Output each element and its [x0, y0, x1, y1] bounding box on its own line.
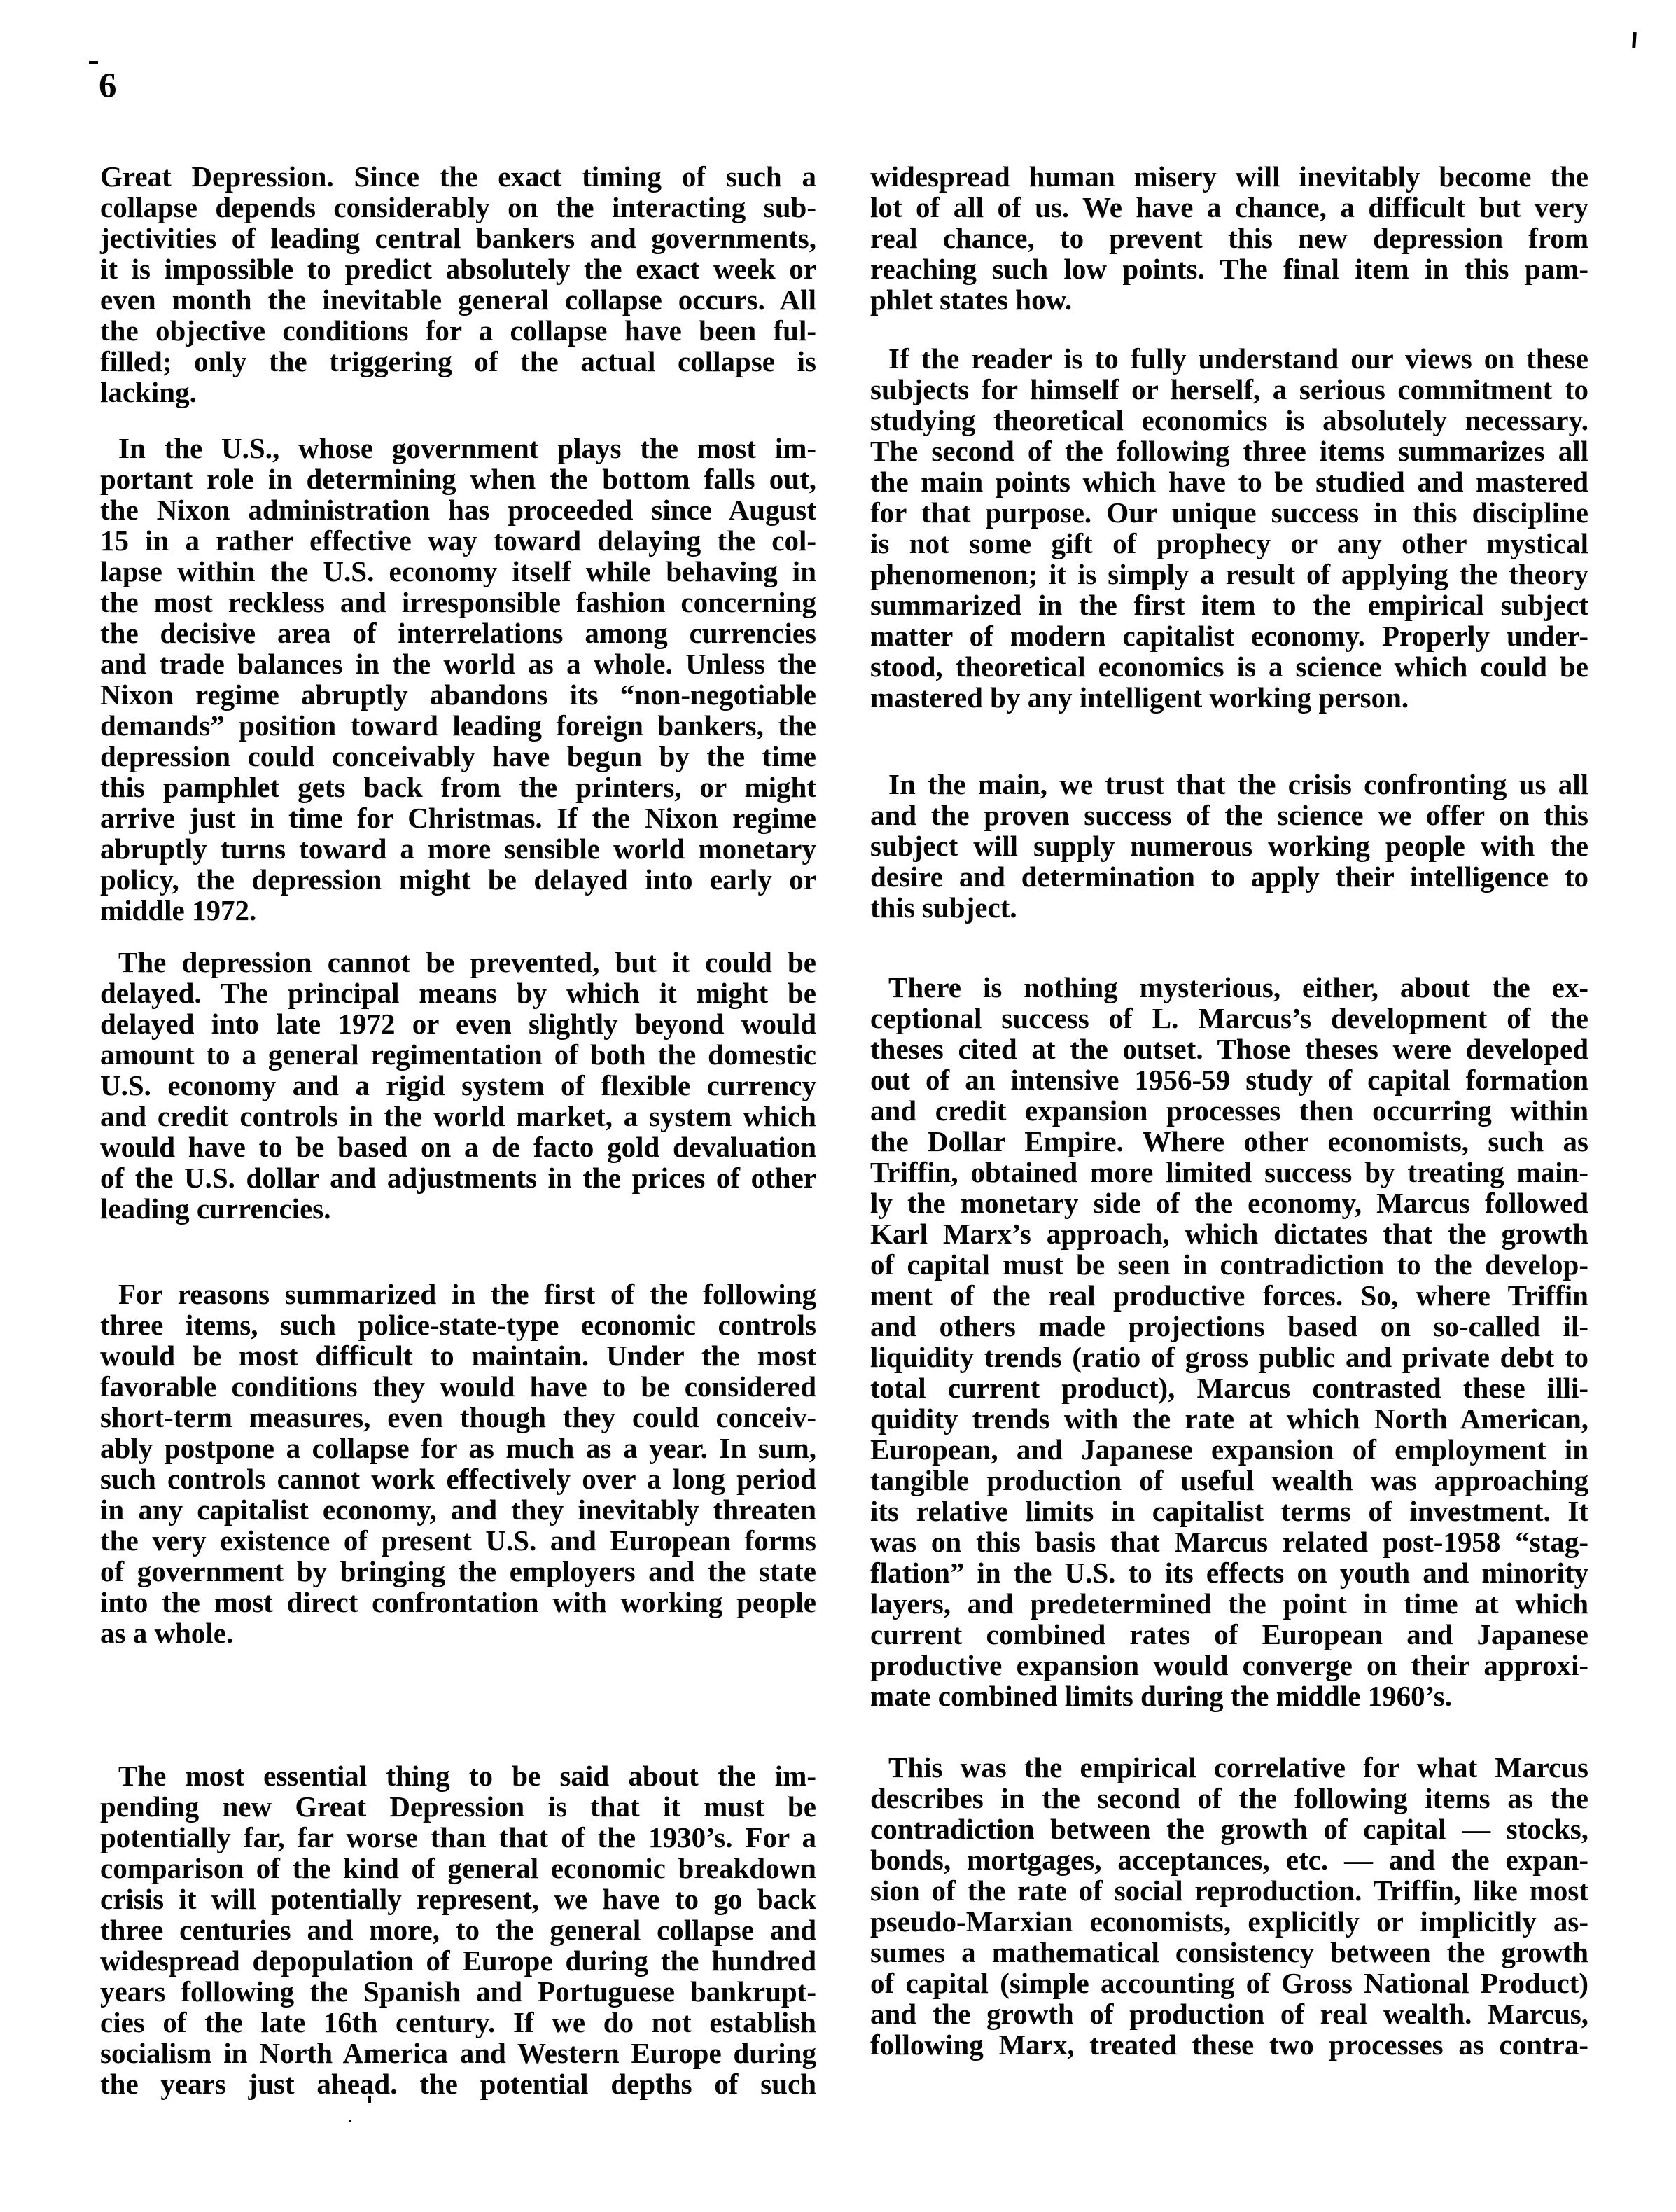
- text-line: amount to a general regimentation of bot…: [100, 1039, 816, 1070]
- text-line: real chance, to prevent this new depress…: [870, 223, 1588, 253]
- text-line: In the main, we trust that the crisis co…: [870, 769, 1588, 800]
- text-line: is not some gift of prophecy or any othe…: [870, 528, 1588, 559]
- text-line: the decisive area of interrelations amon…: [100, 618, 816, 648]
- text-line: phenomenon; it is simply a result of app…: [870, 559, 1588, 590]
- text-line: The second of the following three items …: [870, 436, 1588, 466]
- text-line: 15 in a rather effective way toward dela…: [100, 525, 816, 556]
- text-line: theses cited at the outset. Those theses…: [870, 1034, 1588, 1064]
- text-line: studying theoretical economics is absolu…: [870, 405, 1588, 436]
- text-line: potentially far, far worse than that of …: [100, 1822, 816, 1853]
- paragraph: The most essential thing to be said abou…: [100, 1760, 816, 2099]
- text-line: of the U.S. dollar and adjustments in th…: [100, 1162, 816, 1193]
- text-line: the years just ahead. the potential dept…: [100, 2068, 816, 2099]
- scan-artifact-speck: [349, 2120, 351, 2122]
- text-line: productive expansion would converge on t…: [870, 1650, 1588, 1681]
- text-line: In the U.S., whose government plays the …: [100, 433, 816, 464]
- text-line: pseudo-Marxian economists, explicitly or…: [870, 1906, 1588, 1937]
- paragraph: For reasons summarized in the first of t…: [100, 1279, 816, 1648]
- scan-artifact-dash: [89, 61, 98, 64]
- document-page: 6 Great Depression. Since the exact timi…: [0, 0, 1676, 2212]
- text-line: lacking.: [100, 377, 816, 408]
- paragraph: The depression cannot be prevented, but …: [100, 947, 816, 1224]
- text-line: middle 1972.: [100, 895, 816, 926]
- text-line: There is nothing mysterious, either, abo…: [870, 972, 1588, 1003]
- text-line: total current product), Marcus contraste…: [870, 1372, 1588, 1403]
- text-line: years following the Spanish and Portugue…: [100, 1976, 816, 2007]
- text-line: current combined rates of European and J…: [870, 1619, 1588, 1650]
- text-line: comparison of the kind of general econom…: [100, 1853, 816, 1884]
- text-line: and the proven success of the science we…: [870, 800, 1588, 830]
- text-line: describes in the second of the following…: [870, 1783, 1588, 1814]
- text-line: abruptly turns toward a more sensible wo…: [100, 833, 816, 864]
- text-line: leading currencies.: [100, 1193, 816, 1224]
- text-line: subject will supply numerous working peo…: [870, 830, 1588, 861]
- text-line: quidity trends with the rate at which No…: [870, 1403, 1588, 1434]
- text-line: mate combined limits during the middle 1…: [870, 1681, 1588, 1711]
- text-line: its relative limits in capitalist terms …: [870, 1496, 1588, 1526]
- text-line: arrive just in time for Christmas. If th…: [100, 802, 816, 833]
- text-line: the most reckless and irresponsible fash…: [100, 587, 816, 618]
- text-line: summarized in the first item to the empi…: [870, 590, 1588, 620]
- text-line: the very existence of present U.S. and E…: [100, 1525, 816, 1556]
- text-line: and others made projections based on so-…: [870, 1311, 1588, 1342]
- text-line: collapse depends considerably on the int…: [100, 192, 816, 223]
- text-line: tangible production of useful wealth was…: [870, 1465, 1588, 1496]
- text-line: pending new Great Depression is that it …: [100, 1791, 816, 1822]
- text-line: favorable conditions they would have to …: [100, 1371, 816, 1402]
- text-line: would be most difficult to maintain. Und…: [100, 1340, 816, 1371]
- paragraph: In the main, we trust that the crisis co…: [870, 769, 1588, 923]
- text-line: U.S. economy and a rigid system of flexi…: [100, 1070, 816, 1101]
- text-line: short-term measures, even though they co…: [100, 1402, 816, 1433]
- text-line: delayed into late 1972 or even slightly …: [100, 1008, 816, 1039]
- text-line: stood, theoretical economics is a scienc…: [870, 651, 1588, 682]
- left-text-column: Great Depression. Since the exact timing…: [100, 161, 816, 2099]
- text-line: and credit expansion processes then occu…: [870, 1095, 1588, 1126]
- paragraph: If the reader is to fully understand our…: [870, 343, 1588, 713]
- text-line: jectivities of leading central bankers a…: [100, 223, 816, 253]
- text-line: widespread human misery will inevitably …: [870, 161, 1588, 192]
- text-line: such controls cannot work effectively ov…: [100, 1463, 816, 1494]
- text-line: three centuries and more, to the general…: [100, 1914, 816, 1945]
- text-line: Nixon regime abruptly abandons its “non-…: [100, 679, 816, 710]
- text-line: of capital (simple accounting of Gross N…: [870, 1968, 1588, 1998]
- text-line: The depression cannot be prevented, but …: [100, 947, 816, 978]
- text-line: European, and Japanese expansion of empl…: [870, 1434, 1588, 1465]
- text-line: in any capitalist economy, and they inev…: [100, 1494, 816, 1525]
- paragraph: There is nothing mysterious, either, abo…: [870, 972, 1588, 1711]
- text-line: this subject.: [870, 892, 1588, 923]
- text-line: desire and determination to apply their …: [870, 861, 1588, 892]
- text-line: crisis it will potentially represent, we…: [100, 1884, 816, 1914]
- text-line: reaching such low points. The final item…: [870, 253, 1588, 284]
- text-line: the Dollar Empire. Where other economist…: [870, 1126, 1588, 1157]
- text-line: subjects for himself or herself, a serio…: [870, 374, 1588, 405]
- text-line: ably postpone a collapse for as much as …: [100, 1433, 816, 1463]
- text-line: This was the empirical correlative for w…: [870, 1752, 1588, 1783]
- text-line: cies of the late 16th century. If we do …: [100, 2007, 816, 2038]
- text-line: the main points which have to be studied…: [870, 466, 1588, 497]
- paragraph: Great Depression. Since the exact timing…: [100, 161, 816, 408]
- text-line: matter of modern capitalist economy. Pro…: [870, 620, 1588, 651]
- text-line: portant role in determining when the bot…: [100, 464, 816, 494]
- text-line: ceptional success of L. Marcus’s develop…: [870, 1003, 1588, 1034]
- right-text-column: widespread human misery will inevitably …: [870, 161, 1588, 2060]
- text-line: contradiction between the growth of capi…: [870, 1814, 1588, 1844]
- text-line: out of an intensive 1956-59 study of cap…: [870, 1064, 1588, 1095]
- text-line: flation” in the U.S. to its effects on y…: [870, 1557, 1588, 1588]
- text-line: following Marx, treated these two proces…: [870, 2029, 1588, 2060]
- text-line: demands” position toward leading foreign…: [100, 710, 816, 741]
- text-line: and the growth of production of real wea…: [870, 1998, 1588, 2029]
- text-line: socialism in North America and Western E…: [100, 2038, 816, 2068]
- text-line: Karl Marx’s approach, which dictates tha…: [870, 1218, 1588, 1249]
- text-line: bonds, mortgages, acceptances, etc. — an…: [870, 1844, 1588, 1875]
- paragraph: widespread human misery will inevitably …: [870, 161, 1588, 315]
- text-line: depression could conceivably have begun …: [100, 741, 816, 772]
- text-line: If the reader is to fully understand our…: [870, 343, 1588, 374]
- text-line: of capital must be seen in contradiction…: [870, 1249, 1588, 1280]
- text-line: For reasons summarized in the first of t…: [100, 1279, 816, 1309]
- text-line: ly the monetary side of the economy, Mar…: [870, 1188, 1588, 1218]
- text-line: Great Depression. Since the exact timing…: [100, 161, 816, 192]
- text-line: the Nixon administration has proceeded s…: [100, 494, 816, 525]
- text-line: this pamphlet gets back from the printer…: [100, 772, 816, 802]
- text-line: and trade balances in the world as a who…: [100, 648, 816, 679]
- text-line: of government by bringing the employers …: [100, 1556, 816, 1587]
- paragraph: This was the empirical correlative for w…: [870, 1752, 1588, 2060]
- text-line: for that purpose. Our unique success in …: [870, 497, 1588, 528]
- text-line: delayed. The principal means by which it…: [100, 978, 816, 1008]
- text-line: phlet states how.: [870, 284, 1588, 315]
- text-line: lapse within the U.S. economy itself whi…: [100, 556, 816, 587]
- text-line: the objective conditions for a collapse …: [100, 315, 816, 346]
- text-line: filled; only the triggering of the actua…: [100, 346, 816, 377]
- text-line: liquidity trends (ratio of gross public …: [870, 1342, 1588, 1372]
- scan-artifact-tick: [1632, 32, 1637, 48]
- text-line: sion of the rate of social reproduction.…: [870, 1875, 1588, 1906]
- text-line: ment of the real productive forces. So, …: [870, 1280, 1588, 1311]
- text-line: it is impossible to predict absolutely t…: [100, 253, 816, 284]
- text-line: would have to be based on a de facto gol…: [100, 1132, 816, 1162]
- text-line: lot of all of us. We have a chance, a di…: [870, 192, 1588, 223]
- page-number: 6: [99, 69, 117, 104]
- text-line: The most essential thing to be said abou…: [100, 1760, 816, 1791]
- text-line: widespread depopulation of Europe during…: [100, 1945, 816, 1976]
- text-line: Triffin, obtained more limited success b…: [870, 1157, 1588, 1188]
- text-line: layers, and predetermined the point in t…: [870, 1588, 1588, 1619]
- text-line: into the most direct confrontation with …: [100, 1587, 816, 1618]
- text-line: was on this basis that Marcus related po…: [870, 1526, 1588, 1557]
- text-line: three items, such police-state-type econ…: [100, 1309, 816, 1340]
- text-line: and credit controls in the world market,…: [100, 1101, 816, 1132]
- text-line: mastered by any intelligent working pers…: [870, 682, 1588, 713]
- text-line: as a whole.: [100, 1618, 816, 1648]
- text-line: policy, the depression might be delayed …: [100, 864, 816, 895]
- text-line: sumes a mathematical consistency between…: [870, 1937, 1588, 1968]
- text-line: even month the inevitable general collap…: [100, 284, 816, 315]
- paragraph: In the U.S., whose government plays the …: [100, 433, 816, 926]
